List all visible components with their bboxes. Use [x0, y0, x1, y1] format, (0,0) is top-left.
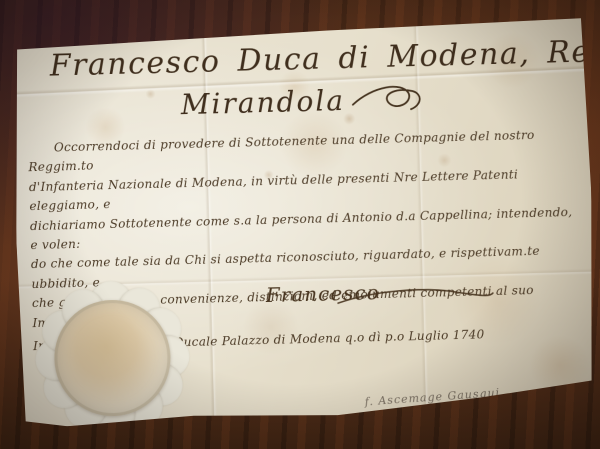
- flourish-icon: [350, 81, 425, 117]
- signature-flourish-icon: [336, 285, 497, 311]
- embossed-paper-seal: [33, 279, 191, 437]
- photo-frame: Francesco Duca di Modena, Reggio, Mirand…: [0, 0, 600, 449]
- manuscript-paper: Francesco Duca di Modena, Reggio, Mirand…: [11, 17, 597, 432]
- heading-line-2-wrap: Mirandola: [180, 81, 425, 121]
- heading-line-2: Mirandola: [180, 83, 345, 120]
